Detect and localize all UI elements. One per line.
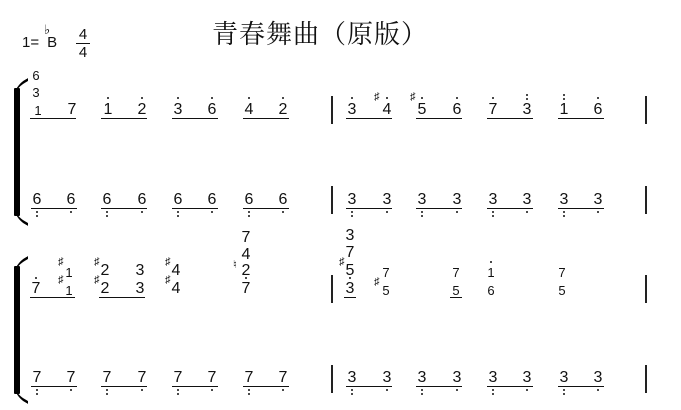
note: 4 — [240, 247, 252, 263]
note: 1 — [558, 102, 570, 118]
note: 3 — [521, 370, 533, 386]
note: 3 — [172, 102, 184, 118]
note: 3 — [346, 102, 358, 118]
octave-dot — [597, 389, 599, 391]
octave-dot — [70, 389, 72, 391]
note: 6 — [31, 192, 43, 208]
barline — [645, 186, 647, 214]
natural-icon: ♮ — [233, 258, 237, 271]
chord-note: 6 — [30, 68, 42, 84]
octave-dot — [245, 277, 247, 279]
beam — [487, 208, 533, 209]
note: 1 — [485, 265, 497, 281]
beam — [346, 118, 392, 119]
note: 6 — [277, 192, 289, 208]
note: 7 — [30, 281, 42, 297]
beam — [346, 208, 392, 209]
note: 7 — [172, 370, 184, 386]
note: 6 — [101, 192, 113, 208]
octave-dot — [35, 277, 37, 279]
octave-dot — [141, 211, 143, 213]
octave-dot — [526, 98, 528, 100]
beam — [416, 208, 462, 209]
note: 4 — [170, 281, 182, 297]
note: 4 — [170, 263, 182, 279]
note: 1 — [32, 103, 44, 119]
octave-dot — [141, 389, 143, 391]
note: 5 — [380, 283, 392, 299]
note: 6 — [592, 102, 604, 118]
note: 6 — [172, 192, 184, 208]
beam — [31, 386, 77, 387]
sharp-icon: ♯ — [374, 276, 380, 288]
note: 6 — [65, 192, 77, 208]
beam — [172, 118, 218, 119]
octave-dot — [282, 389, 284, 391]
octave-dot — [386, 211, 388, 213]
barline — [331, 96, 333, 124]
system1-bracket — [14, 88, 20, 216]
time-signature: 4 4 — [76, 26, 90, 61]
octave-dot — [282, 97, 284, 99]
note: 7 — [66, 102, 78, 118]
octave-dot — [351, 97, 353, 99]
beam — [101, 386, 147, 387]
beam — [243, 386, 289, 387]
octave-dot — [563, 98, 565, 100]
note: 2 — [277, 102, 289, 118]
note: 6 — [136, 192, 148, 208]
barline — [331, 365, 333, 393]
note: 3 — [381, 192, 393, 208]
sharp-icon: ♯ — [410, 91, 416, 103]
note: 7 — [240, 230, 252, 246]
octave-dot — [248, 389, 250, 391]
note: 3 — [416, 192, 428, 208]
octave-dot — [177, 393, 179, 395]
flat-icon: ♭ — [44, 22, 50, 38]
note: 3 — [558, 370, 570, 386]
note: 7 — [450, 265, 462, 281]
octave-dot — [106, 211, 108, 213]
octave-dot — [106, 215, 108, 217]
barline — [645, 365, 647, 393]
note: 3 — [451, 370, 463, 386]
key-signature: 1=B — [22, 34, 57, 51]
octave-dot — [351, 393, 353, 395]
octave-dot — [526, 211, 528, 213]
octave-dot — [177, 211, 179, 213]
beam — [99, 297, 145, 298]
note: 3 — [521, 102, 533, 118]
octave-dot — [177, 389, 179, 391]
octave-dot — [563, 94, 565, 96]
octave-dot — [386, 389, 388, 391]
note: 3 — [416, 370, 428, 386]
note: 3 — [346, 370, 358, 386]
note: 7 — [31, 370, 43, 386]
chord-note: 3 — [30, 85, 42, 101]
note: 3 — [344, 228, 356, 244]
note: 4 — [243, 102, 255, 118]
octave-dot — [36, 389, 38, 391]
beam — [487, 386, 533, 387]
octave-dot — [421, 211, 423, 213]
octave-dot — [563, 211, 565, 213]
octave-dot — [492, 215, 494, 217]
octave-dot — [492, 211, 494, 213]
octave-dot — [211, 211, 213, 213]
octave-dot — [492, 389, 494, 391]
note: 3 — [134, 263, 146, 279]
octave-dot — [421, 97, 423, 99]
octave-dot — [526, 94, 528, 96]
beam — [416, 386, 462, 387]
beam — [450, 297, 462, 298]
note: 2 — [99, 263, 111, 279]
beam — [101, 208, 147, 209]
octave-dot — [141, 97, 143, 99]
note: 3 — [344, 281, 356, 297]
octave-dot — [351, 211, 353, 213]
octave-dot — [563, 215, 565, 217]
octave-dot — [70, 211, 72, 213]
octave-dot — [421, 389, 423, 391]
octave-dot — [456, 389, 458, 391]
beam — [416, 118, 462, 119]
note: 3 — [521, 192, 533, 208]
note: 7 — [556, 265, 568, 281]
beam — [31, 208, 77, 209]
barline — [331, 186, 333, 214]
octave-dot — [248, 97, 250, 99]
beam — [344, 297, 356, 298]
octave-dot — [177, 215, 179, 217]
beam — [558, 208, 604, 209]
octave-dot — [248, 393, 250, 395]
octave-dot — [211, 97, 213, 99]
octave-dot — [490, 261, 492, 263]
note: 7 — [277, 370, 289, 386]
octave-dot — [177, 97, 179, 99]
octave-dot — [36, 393, 38, 395]
octave-dot — [106, 393, 108, 395]
beam — [172, 208, 218, 209]
note: 7 — [136, 370, 148, 386]
note: 5 — [556, 283, 568, 299]
octave-dot — [421, 215, 423, 217]
octave-dot — [36, 215, 38, 217]
beam — [30, 297, 75, 298]
note: 3 — [487, 370, 499, 386]
octave-dot — [492, 97, 494, 99]
octave-dot — [36, 211, 38, 213]
score-title: 青春舞曲（原版） — [212, 14, 428, 51]
note: 2 — [136, 102, 148, 118]
note: 1 — [102, 102, 114, 118]
note: 7 — [243, 370, 255, 386]
note: 6 — [206, 102, 218, 118]
time-top: 4 — [76, 26, 90, 43]
note: 7 — [206, 370, 218, 386]
octave-dot — [421, 393, 423, 395]
beam — [558, 386, 604, 387]
note: 6 — [451, 102, 463, 118]
key-prefix: 1= — [22, 34, 39, 51]
octave-dot — [456, 97, 458, 99]
note: 6 — [206, 192, 218, 208]
note: 3 — [487, 192, 499, 208]
beam — [172, 386, 218, 387]
note: 1 — [63, 265, 75, 281]
octave-dot — [106, 389, 108, 391]
beam — [30, 118, 76, 119]
note: 6 — [485, 283, 497, 299]
note: 7 — [344, 245, 356, 261]
system2-bracket — [14, 266, 20, 394]
barline — [645, 96, 647, 124]
octave-dot — [248, 211, 250, 213]
barline — [645, 275, 647, 303]
note: 6 — [243, 192, 255, 208]
note: 3 — [451, 192, 463, 208]
octave-dot — [282, 211, 284, 213]
beam — [243, 208, 289, 209]
note: 4 — [381, 102, 393, 118]
note: 3 — [134, 281, 146, 297]
octave-dot — [492, 393, 494, 395]
octave-dot — [349, 277, 351, 279]
note: 2 — [99, 281, 111, 297]
beam — [346, 386, 392, 387]
octave-dot — [248, 215, 250, 217]
octave-dot — [386, 97, 388, 99]
barline — [331, 275, 333, 303]
octave-dot — [107, 97, 109, 99]
octave-dot — [563, 393, 565, 395]
octave-dot — [597, 97, 599, 99]
note: 3 — [381, 370, 393, 386]
note: 3 — [592, 192, 604, 208]
note: 7 — [101, 370, 113, 386]
note: 7 — [487, 102, 499, 118]
beam — [101, 118, 147, 119]
time-bottom: 4 — [76, 43, 90, 61]
octave-dot — [456, 211, 458, 213]
beam — [243, 118, 289, 119]
octave-dot — [597, 211, 599, 213]
octave-dot — [351, 389, 353, 391]
octave-dot — [563, 389, 565, 391]
beam — [558, 118, 604, 119]
note: 3 — [558, 192, 570, 208]
octave-dot — [211, 389, 213, 391]
sharp-icon: ♯ — [374, 91, 380, 103]
note: 3 — [592, 370, 604, 386]
beam — [487, 118, 533, 119]
octave-dot — [526, 389, 528, 391]
note: 7 — [240, 281, 252, 297]
note: 7 — [380, 265, 392, 281]
note: 5 — [416, 102, 428, 118]
note: 7 — [65, 370, 77, 386]
octave-dot — [351, 215, 353, 217]
note: 3 — [346, 192, 358, 208]
